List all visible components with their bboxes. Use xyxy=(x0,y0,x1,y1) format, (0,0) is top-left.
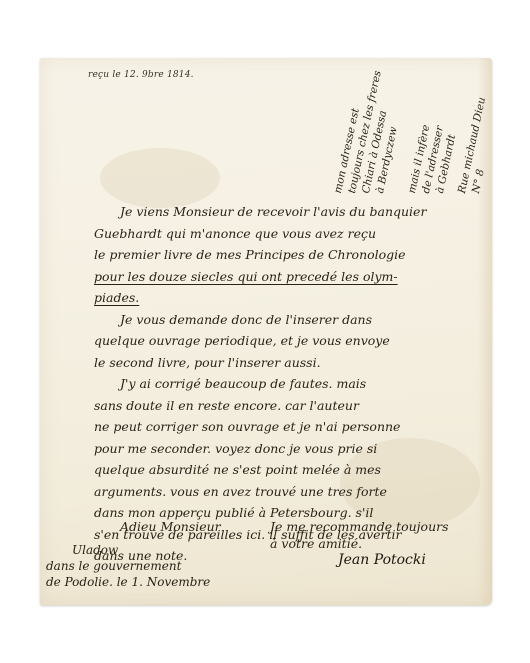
place-line: dans le gouvernement xyxy=(40,558,340,574)
body-line: piades. xyxy=(94,287,139,309)
body-line: arguments. vous en avez trouvé une tres … xyxy=(94,481,486,503)
page-stage: reçu le 12. 9bre 1814. mon adresse est t… xyxy=(0,0,530,663)
body-line: J'y ai corrigé beaucoup de fautes. mais xyxy=(94,373,486,395)
received-dateline: reçu le 12. 9bre 1814. xyxy=(88,70,194,80)
body-line: Guebhardt qui m'anonce que vous avez reç… xyxy=(94,223,486,245)
place-line: de Podolie. le 1. Novembre xyxy=(40,574,340,590)
signature: Jean Potocki xyxy=(338,552,426,568)
paper-stain xyxy=(100,148,220,208)
body-line: Je vous demande donc de l'inserer dans xyxy=(94,309,486,331)
body-line: quelque ouvrage periodique, et je vous e… xyxy=(94,330,486,352)
body-line: pour les douze siecles qui ont precedé l… xyxy=(94,266,486,288)
body-line: Je viens Monsieur de recevoir l'avis du … xyxy=(94,201,486,223)
body-line: ne peut corriger son ouvrage et je n'ai … xyxy=(94,416,486,438)
place-line: Uladow xyxy=(40,542,340,558)
closing-salutation: Adieu Monsieur xyxy=(94,519,221,534)
body-line: sans doute il en reste encore. car l'aut… xyxy=(94,395,486,417)
body-line: pour me seconder. voyez donc je vous pri… xyxy=(94,438,486,460)
place-and-date: Uladow dans le gouvernement de Podolie. … xyxy=(40,542,340,590)
body-line: le premier livre de mes Principes de Chr… xyxy=(94,244,486,266)
margin-address-note: mon adresse est toujours chez les freres… xyxy=(328,60,488,192)
letter-paper: reçu le 12. 9bre 1814. mon adresse est t… xyxy=(40,58,492,605)
body-line: le second livre, pour l'inserer aussi. xyxy=(94,352,486,374)
letter-body: Je viens Monsieur de recevoir l'avis du … xyxy=(94,201,486,567)
closing-line: Adieu Monsieur Je me recommande toujours xyxy=(94,518,494,535)
body-line: quelque absurdité ne s'est point melée à… xyxy=(94,459,486,481)
closing-recommend: Je me recommande toujours xyxy=(270,518,449,535)
